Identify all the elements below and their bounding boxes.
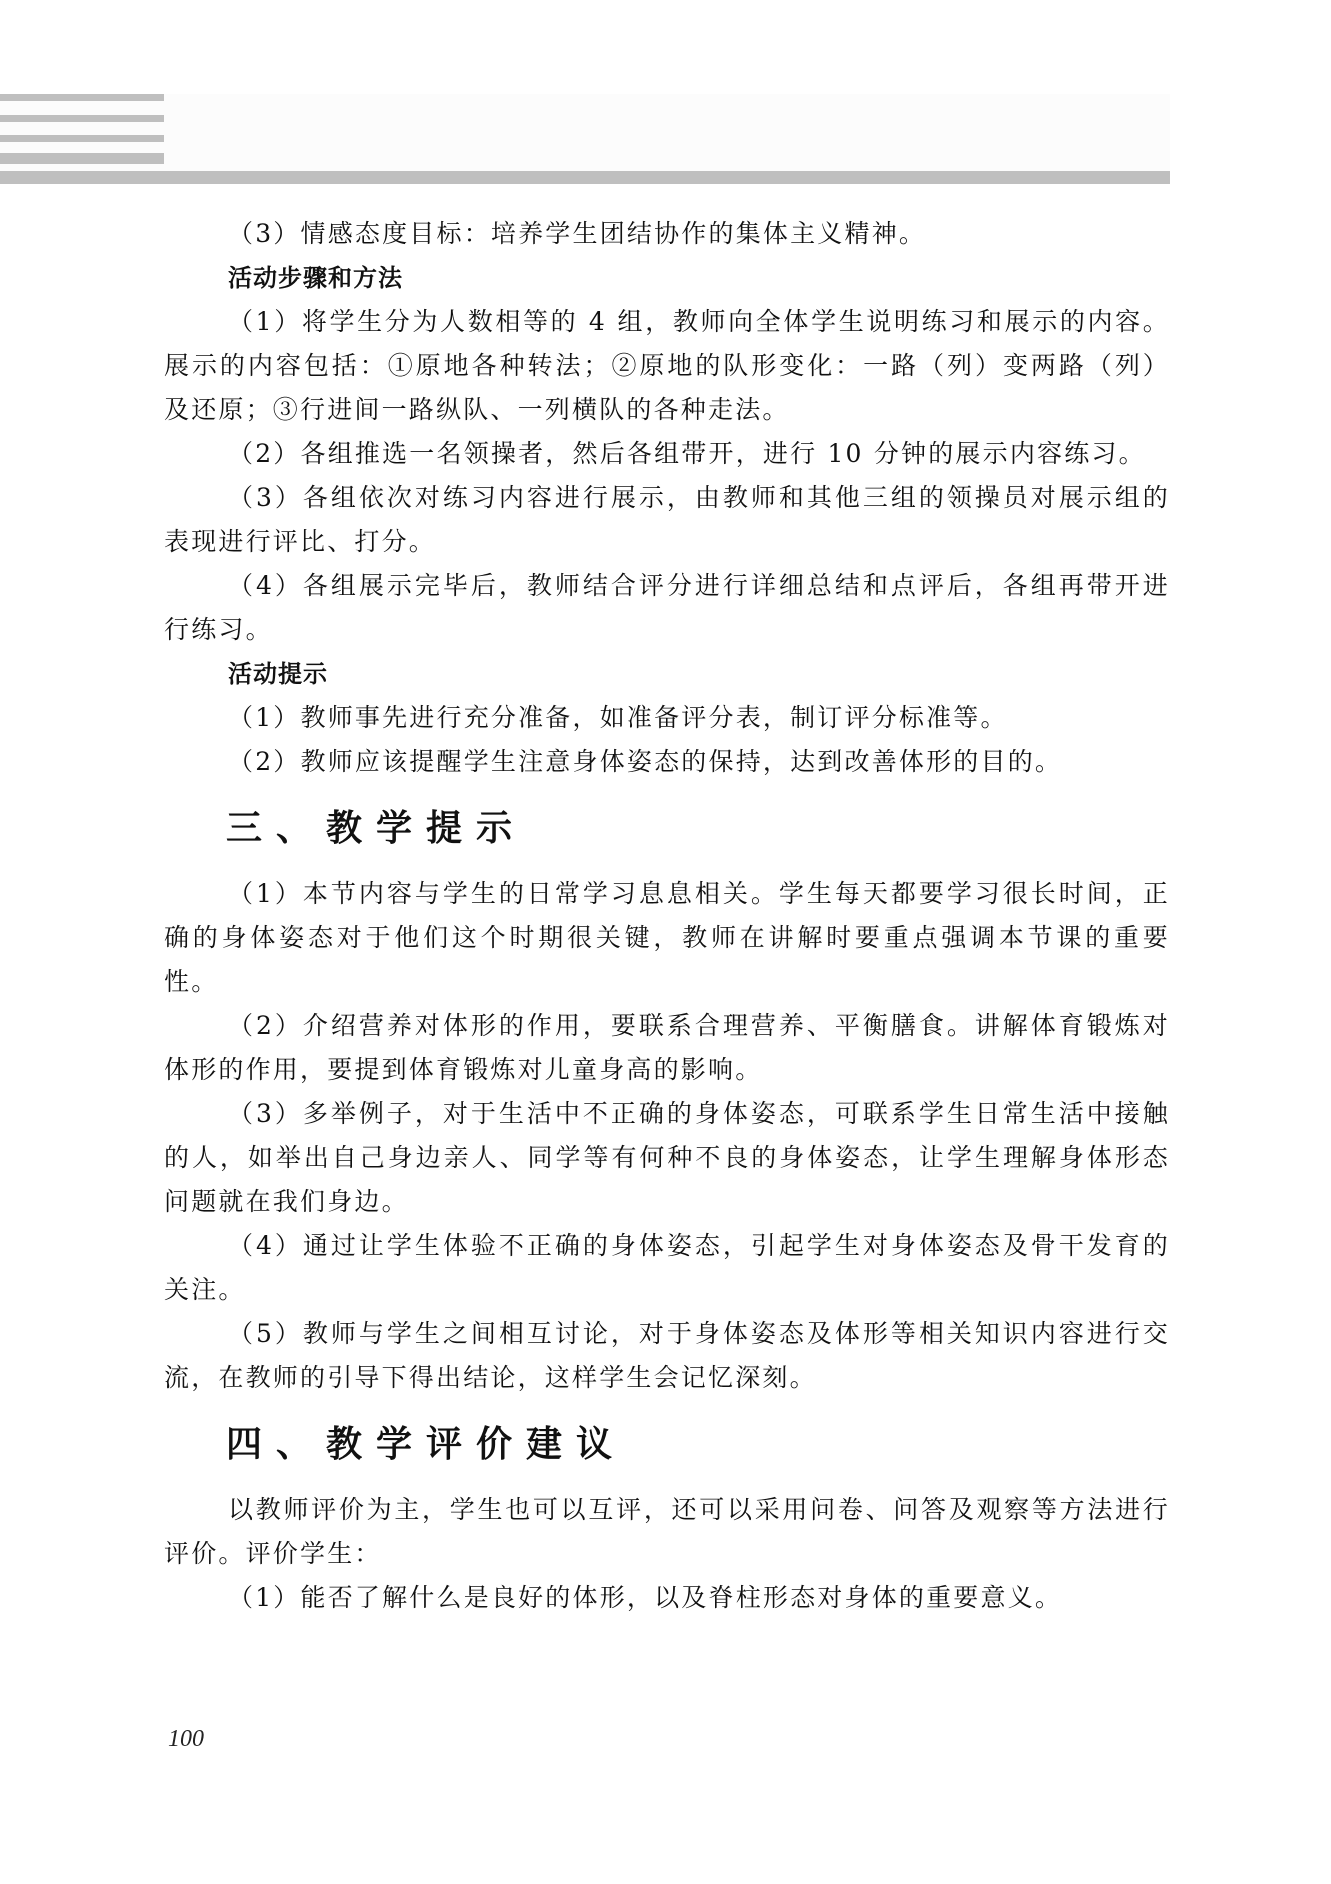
subheading-steps: 活动步骤和方法 bbox=[164, 256, 1170, 300]
header-bar bbox=[0, 153, 164, 164]
tip-item: （2）教师应该提醒学生注意身体姿态的保持，达到改善体形的目的。 bbox=[164, 740, 1170, 784]
header-bar bbox=[0, 135, 164, 142]
teaching-tip-item: （4）通过让学生体验不正确的身体姿态，引起学生对身体姿态及骨干发育的关注。 bbox=[164, 1224, 1170, 1312]
step-item: （4）各组展示完毕后，教师结合评分进行详细总结和点评后，各组再带开进行练习。 bbox=[164, 564, 1170, 652]
tip-item: （1）教师事先进行充分准备，如准备评分表，制订评分标准等。 bbox=[164, 696, 1170, 740]
goal-paragraph: （3）情感态度目标：培养学生团结协作的集体主义精神。 bbox=[164, 212, 1170, 256]
evaluation-item: （1）能否了解什么是良好的体形，以及脊柱形态对身体的重要意义。 bbox=[164, 1576, 1170, 1620]
header-bar bbox=[0, 115, 164, 122]
teaching-tip-item: （3）多举例子，对于生活中不正确的身体姿态，可联系学生日常生活中接触的人，如举出… bbox=[164, 1092, 1170, 1224]
subheading-tips: 活动提示 bbox=[164, 652, 1170, 696]
step-item: （3）各组依次对练习内容进行展示，由教师和其他三组的领操员对展示组的表现进行评比… bbox=[164, 476, 1170, 564]
teaching-tip-item: （1）本节内容与学生的日常学习息息相关。学生每天都要学习很长时间，正确的身体姿态… bbox=[164, 872, 1170, 1004]
header-background bbox=[0, 94, 1170, 171]
step-item: （1）将学生分为人数相等的 4 组，教师向全体学生说明练习和展示的内容。展示的内… bbox=[164, 300, 1170, 432]
teaching-tip-item: （5）教师与学生之间相互讨论，对于身体姿态及体形等相关知识内容进行交流，在教师的… bbox=[164, 1312, 1170, 1400]
teaching-tip-item: （2）介绍营养对体形的作用，要联系合理营养、平衡膳食。讲解体育锻炼对体形的作用，… bbox=[164, 1004, 1170, 1092]
evaluation-intro: 以教师评价为主，学生也可以互评，还可以采用问卷、问答及观察等方法进行评价。评价学… bbox=[164, 1488, 1170, 1576]
page-content: （3）情感态度目标：培养学生团结协作的集体主义精神。 活动步骤和方法 （1）将学… bbox=[164, 212, 1170, 1620]
header-bar bbox=[0, 94, 164, 101]
step-item: （2）各组推选一名领操者，然后各组带开，进行 10 分钟的展示内容练习。 bbox=[164, 432, 1170, 476]
section-title-evaluation: 四、教学评价建议 bbox=[164, 1414, 1170, 1474]
page-number: 100 bbox=[168, 1726, 204, 1753]
section-title-teaching-tips: 三、教学提示 bbox=[164, 798, 1170, 858]
header-rule bbox=[0, 171, 1170, 184]
